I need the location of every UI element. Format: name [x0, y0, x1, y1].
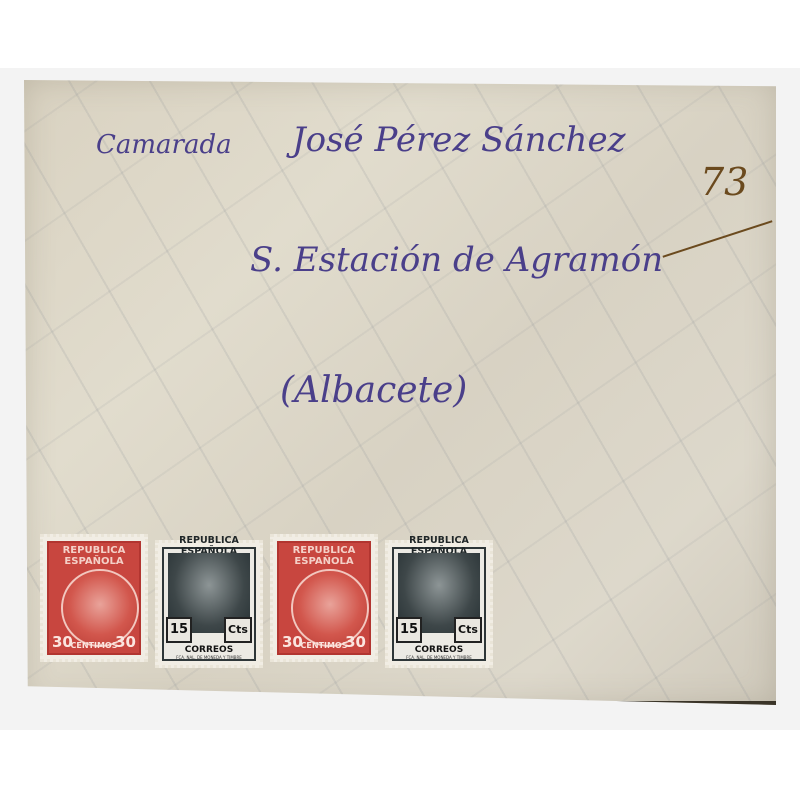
stamp-footer: FCA. NAL. DE MONEDA Y TIMBRE	[164, 655, 254, 660]
stamp-value: 15	[166, 617, 192, 643]
stamp-header: REPUBLICA ESPAÑOLA	[279, 545, 369, 567]
stamp-30-centimos: REPUBLICA ESPAÑOLA 30 CENTIMOS 30	[40, 534, 148, 662]
stamp-15-cts: REPUBLICA ESPAÑOLA 15 Cts CORREOS FCA. N…	[385, 540, 493, 668]
recipient-name: José Pérez Sánchez	[292, 120, 625, 160]
stamp-value: 15	[396, 617, 422, 643]
stamp-value: 30	[115, 633, 136, 651]
stamp-15-cts: REPUBLICA ESPAÑOLA 15 Cts CORREOS FCA. N…	[155, 540, 263, 668]
stamp-denomination: Cts	[224, 617, 252, 643]
stamp-header: REPUBLICA ESPAÑOLA	[49, 545, 139, 567]
salutation: Camarada	[96, 130, 232, 160]
annotation-number: 73	[700, 160, 748, 204]
stamp-label: CORREOS	[394, 645, 484, 655]
city-line: (Albacete)	[280, 370, 467, 411]
address-line: S. Estación de Agramón	[250, 240, 663, 280]
stamp-value: 30	[345, 633, 366, 651]
stamp-footer: FCA. NAL. DE MONEDA Y TIMBRE	[394, 655, 484, 660]
stamp-30-centimos: REPUBLICA ESPAÑOLA 30 CENTIMOS 30	[270, 534, 378, 662]
stamp-label: CORREOS	[164, 645, 254, 655]
stamp-denomination: Cts	[454, 617, 482, 643]
